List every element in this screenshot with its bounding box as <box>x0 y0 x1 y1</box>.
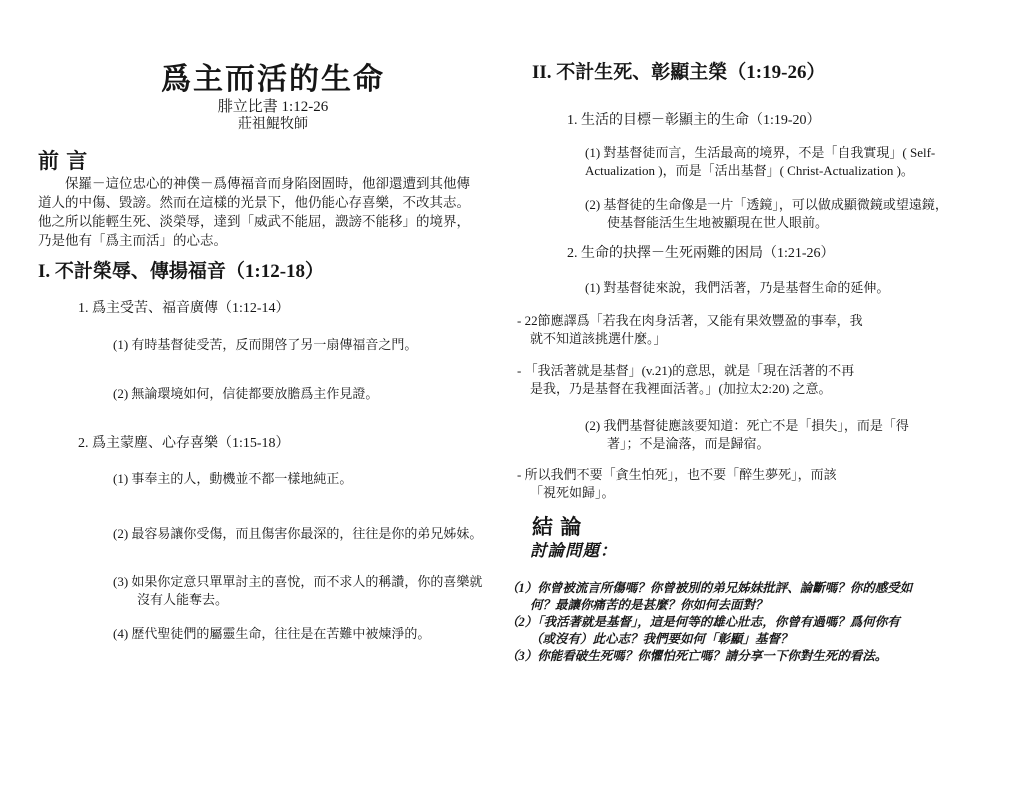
discussion-heading: 討論問題： <box>530 540 1012 562</box>
document-page: 爲主而活的生命 腓立比書 1:12-26 莊祖鯤牧師 前 言 保羅－這位忠心的神… <box>0 0 1024 791</box>
note-line: - 「我活著就是基督」(v.21)的意思，就是「現在活著的不再 是我，乃是基督在… <box>530 362 1012 398</box>
preface-heading: 前 言 <box>38 148 508 174</box>
section-1-heading: I. 不計榮辱、傳揚福音（1:12-18） <box>38 259 508 284</box>
subsection-1-2-heading: 2. 爲主蒙塵、心存喜樂（1:15-18） <box>78 434 508 453</box>
outline-point: (1) 有時基督徒受苦，反而開啓了另一扇傳福音之門。 <box>113 336 508 354</box>
outline-point: (1) 事奉主的人，動機並不都一樣地純正。 <box>113 470 508 488</box>
conclusion-heading: 結 論 <box>532 514 1012 540</box>
section-2-heading: II. 不計生死、彰顯主榮（1:19-26） <box>532 60 1012 85</box>
right-column: II. 不計生死、彰顯主榮（1:19-26） 1. 生活的目標－彰顯主的生命（1… <box>530 0 1012 665</box>
left-column: 爲主而活的生命 腓立比書 1:12-26 莊祖鯤牧師 前 言 保羅－這位忠心的神… <box>38 0 508 643</box>
document-title: 爲主而活的生命 <box>38 62 508 98</box>
note-line: - 22節應譯爲「若我在肉身活著，又能有果效豐盈的事奉，我 就不知道該挑選什麼。… <box>530 312 1012 348</box>
outline-point: (2) 無論環境如何，信徒都要放膽爲主作見證。 <box>113 385 508 403</box>
outline-point: (2) 最容易讓你受傷，而且傷害你最深的，往往是你的弟兄姊妹。 <box>113 525 508 543</box>
subsection-1-1-heading: 1. 爲主受苦、福音廣傳（1:12-14） <box>78 299 508 318</box>
discussion-question: （2）「我活著就是基督」，這是何等的雄心壯志，你曾有過嗎？爲何你有 （或沒有）此… <box>530 614 1012 648</box>
outline-point: (1) 對基督徒而言，生活最高的境界，不是「自我實現」( Self- Actua… <box>585 144 1012 180</box>
subsection-2-1-heading: 1. 生活的目標－彰顯主的生命（1:19-20） <box>567 111 1012 130</box>
outline-point: (2) 我們基督徒應該要知道：死亡不是「損失」，而是「得 著」；不是淪落，而是歸… <box>585 417 1012 453</box>
author-name: 莊祖鯤牧師 <box>38 116 508 134</box>
note-line: - 所以我們不要「貪生怕死」，也不要「醉生夢死」，而該 「視死如歸」。 <box>530 466 1012 502</box>
scripture-reference: 腓立比書 1:12-26 <box>38 98 508 116</box>
outline-point: (4) 歷代聖徒們的屬靈生命，往往是在苦難中被煉淨的。 <box>113 625 508 643</box>
outline-point: (2) 基督徒的生命像是一片「透鏡」，可以做成顯微鏡或望遠鏡， 使基督能活生生地… <box>585 196 1012 232</box>
discussion-question: （1）你曾被流言所傷嗎？你曾被別的弟兄姊妹批評、論斷嗎？你的感受如 何？最讓你痛… <box>530 580 1012 614</box>
outline-point: (1) 對基督徒來說，我們活著，乃是基督生命的延伸。 <box>585 279 1012 297</box>
preface-paragraph: 保羅－這位忠心的神僕－爲傳福音而身陷囹圄時，他卻還遭到其他傳 道人的中傷、毀謗。… <box>38 174 508 250</box>
discussion-question: （3）你能看破生死嗎？你懼怕死亡嗎？請分享一下你對生死的看法。 <box>530 648 1012 665</box>
subsection-2-2-heading: 2. 生命的抉擇－生死兩難的困局（1:21-26） <box>567 244 1012 263</box>
outline-point: (3) 如果你定意只單單討主的喜悅，而不求人的稱讚，你的喜樂就 沒有人能奪去。 <box>113 573 508 609</box>
